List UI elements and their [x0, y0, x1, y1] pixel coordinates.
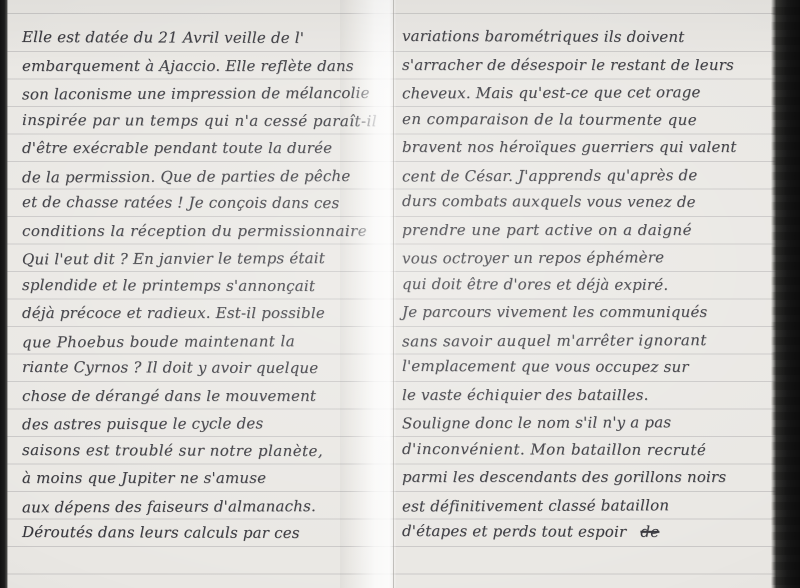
handwritten-line: le vaste échiquier des batailles.	[402, 382, 772, 410]
handwritten-line: Qui l'eut dit ? En janvier le temps étai…	[22, 245, 378, 274]
letter-scan: Elle est datée du 21 Avril veille de l' …	[0, 0, 800, 588]
handwritten-line: à moins que Jupiter ne s'amuse	[22, 465, 378, 493]
handwritten-line: sans savoir auquel m'arrêter ignorant	[402, 326, 772, 355]
handwritten-line: Elle est datée du 21 Avril veille de l'	[22, 24, 378, 53]
handwritten-line: bravent nos héroïques guerriers qui vale…	[402, 134, 772, 162]
handwritten-line: déjà précoce et radieux. Est-il possible	[22, 300, 378, 328]
handwritten-line: qui doit être d'ores et déjà expiré.	[402, 270, 772, 299]
handwritten-line: Je parcours vivement les communiqués	[402, 299, 772, 327]
handwritten-line: embarquement à Ajaccio. Elle reflète dan…	[22, 53, 378, 81]
handwritten-line: saisons est troublé sur notre planète,	[22, 436, 378, 465]
struck-out-word: de	[640, 523, 659, 541]
handwritten-line: conditions la réception du permissionnai…	[22, 218, 378, 246]
handwritten-line: riante Cyrnos ? Il doit y avoir quelque	[22, 354, 378, 383]
handwritten-line: est définitivement classé bataillon	[402, 491, 772, 520]
page-fold-crease	[393, 0, 394, 588]
book-edge-left	[0, 0, 8, 588]
handwritten-line: l'emplacement que vous occupez sur	[402, 353, 772, 382]
book-edge-right	[771, 0, 800, 588]
handwritten-line: inspirée par un temps qui n'a cessé para…	[22, 106, 378, 135]
handwritten-line: Souligne donc le nom s'il n'y a pas	[402, 409, 772, 438]
handwritten-line: cheveux. Mais qu'est-ce que cet orage	[402, 79, 772, 108]
handwritten-line: prendre une part active on a daigné	[402, 217, 772, 245]
handwritten-line: que Phoebus boude maintenant la	[22, 327, 378, 356]
handwritten-line: vous octroyer un repos éphémère	[402, 244, 772, 273]
handwritten-line: d'inconvénient. Mon bataillon recruté	[402, 435, 772, 464]
handwritten-line: son laconisme une impression de mélancol…	[22, 80, 378, 109]
handwritten-line: chose de dérangé dans le mouvement	[22, 383, 378, 411]
handwritten-line: des astres puisque le cycle des	[22, 410, 378, 439]
handwritten-line: parmi les descendants des gorillons noir…	[402, 464, 772, 492]
handwritten-line-with-strikethrough: d'étapes et perds tout espoirde	[402, 518, 772, 547]
handwritten-line: Déroutés dans leurs calculs par ces	[22, 519, 378, 548]
letter-page-right: variations barométriques ils doivent s'a…	[402, 24, 772, 547]
handwritten-line: durs combats auxquels vous venez de	[402, 188, 772, 217]
handwritten-line: aux dépens des faiseurs d'almanachs.	[22, 492, 378, 521]
handwritten-line: variations barométriques ils doivent	[402, 23, 772, 52]
handwritten-line: et de chasse ratées ! Je conçois dans ce…	[22, 189, 378, 218]
handwritten-line: en comparaison de la tourmente que	[402, 105, 772, 134]
handwritten-line-text: d'étapes et perds tout espoir	[402, 522, 626, 541]
handwritten-line: cent de César. J'apprends qu'après de	[402, 161, 772, 190]
handwritten-line: de la permission. Que de parties de pêch…	[22, 162, 378, 191]
letter-page-left: Elle est datée du 21 Avril veille de l' …	[22, 25, 378, 548]
handwritten-line: s'arracher de désespoir le restant de le…	[402, 52, 772, 80]
handwritten-line: d'être exécrable pendant toute la durée	[22, 135, 378, 163]
handwritten-line: splendide et le printemps s'annonçait	[22, 271, 378, 300]
